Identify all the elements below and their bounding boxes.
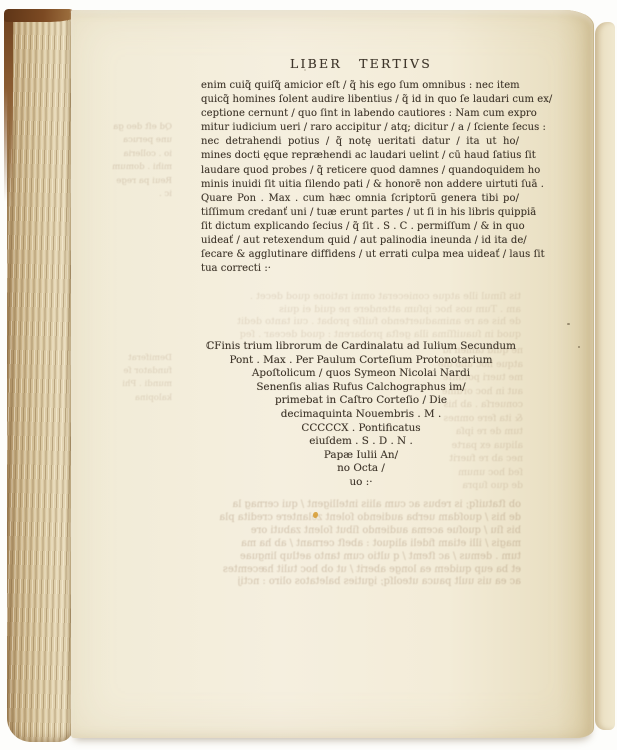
bleed-line: magis / illi etiam fideli aliquot : abeſ… <box>204 538 521 551</box>
colophon-block: ℂFinis trium librorum de Cardinalatu ad … <box>179 340 543 490</box>
colophon-line: Papæ Iulii An/ <box>179 449 543 463</box>
colophon-line: no Octa / <box>179 462 543 476</box>
text-line: uideať / aut retexendum quid / aut palin… <box>201 234 519 248</box>
foxing-speck <box>567 323 570 325</box>
book-page: Qd eſt deo gaune perucaio . colleriamihi… <box>71 10 594 738</box>
book-photo-background: Qd eſt deo gaune perucaio . colleriamihi… <box>0 0 617 750</box>
colophon-line: ℂFinis trium librorum de Cardinalatu ad … <box>179 340 543 354</box>
colophon-line: Pont . Max . Per Paulum Corteſium Proton… <box>179 354 543 368</box>
main-text-block: enim cuiq̃ quiſq̃ amicior eſt / q̃ his e… <box>201 79 519 276</box>
bleed-line: bis ſiu / quoſue acema audiendo ſibut ſo… <box>204 525 521 538</box>
running-title: LIBER TERTIVS <box>201 56 521 71</box>
facing-page-gutter-edge <box>595 22 615 730</box>
text-line: quicq̃ homines ſolent audire libentius /… <box>201 93 519 107</box>
colophon-line: primebat in Caſtro Corteſio / Die <box>179 394 543 408</box>
bleed-line: tis ſimul ille atque coniecerat omni rat… <box>205 291 521 304</box>
bleed-line: mihi . domum <box>102 161 172 174</box>
colophon-line: Senenſis alias Rufus Calchographus im/ <box>179 381 543 395</box>
text-line: enim cuiq̃ quiſq̃ amicior eſt / q̃ his e… <box>201 79 519 93</box>
text-line: tua correcti :· <box>201 262 519 276</box>
bleed-line: ic . <box>102 188 172 201</box>
bleed-line: Reui pa rege <box>102 175 172 188</box>
book-fore-edge-pages <box>7 13 73 742</box>
bleed-line: de his ea re animaduertendo fuiſſe proba… <box>205 316 521 329</box>
colophon-line: Apoſtolicum / quos Symeon Nicolai Nardi <box>179 367 543 381</box>
bleed-text-bottom: ob ſtatuiſq; is rebus ac cum aliis intel… <box>204 499 521 589</box>
text-line: ceptione cernunt / quo ſint in labendo c… <box>201 107 519 121</box>
bleed-margin-note-upper: Qd eſt deo gaune perucaio . colleriamihi… <box>102 121 172 201</box>
text-line: laudare quod probes / q̃ reticere quod d… <box>201 164 519 178</box>
bleed-line: ob ſtatuiſq; is rebus ac cum aliis intel… <box>204 499 521 512</box>
bleed-line: am . Tum uos hoc ipſum attendere ne quid… <box>205 304 521 317</box>
colophon-line: decimaquinta Nouembris . M . <box>179 408 543 422</box>
bleed-line: ac ea uis uult pauca uteolſq; iguties ba… <box>204 576 521 589</box>
text-line: tiſſimum credanť uni / tuæ erunt partes … <box>201 206 519 220</box>
bleed-line: Qd eſt deo ga <box>102 121 172 134</box>
bleed-line: tum . demus / ac ſtemt / q ultio cum tan… <box>204 551 521 564</box>
bleed-line: io . colleria <box>102 148 172 161</box>
bleed-margin-note-lower: Demiferatfundator ſemundi . Phikalopina <box>102 352 172 405</box>
bleed-line: de his / quoſdam uerba audiendo ſolent z… <box>204 512 521 525</box>
bleed-text-middle: tis ſimul ille atque coniecerat omni rat… <box>205 291 521 341</box>
bleed-line: fundator ſe <box>102 365 172 378</box>
colophon-line: CCCCCX . Pontificatus <box>179 422 543 436</box>
foxing-speck <box>304 69 306 71</box>
bleed-line: mundi . Phi <box>102 378 172 391</box>
bleed-line: kalopina <box>102 392 172 405</box>
book-cover-edge <box>4 9 76 22</box>
text-line: mines docti ęque repræhendi ac laudari u… <box>201 149 519 163</box>
colophon-line: uo :· <box>179 476 543 490</box>
text-line: ſit dictum explicando ſecius / q̃ ſit . … <box>201 220 519 234</box>
colophon-line: eiuſdem . S . D . N . <box>179 435 543 449</box>
text-line: ſecare & agglutinare diffidens / ut erra… <box>201 248 519 262</box>
bleed-line: et ba eup quidem ea longe aberit / ut ob… <box>204 564 521 577</box>
bleed-line: une peruca <box>102 134 172 147</box>
text-line: mitur iudicium ueri / raro accipitur / a… <box>201 121 519 135</box>
bleed-line: Demiferat <box>102 352 172 365</box>
foxing-speck <box>578 346 580 348</box>
text-line: minis inuidi ſit uitia ſilendo pati / & … <box>201 178 519 192</box>
text-line: Quare Pon . Max . cum hæc omnia ſcriptor… <box>201 192 519 206</box>
text-line: nec detrahendi potius / q̃ notę ueritati… <box>201 135 519 149</box>
